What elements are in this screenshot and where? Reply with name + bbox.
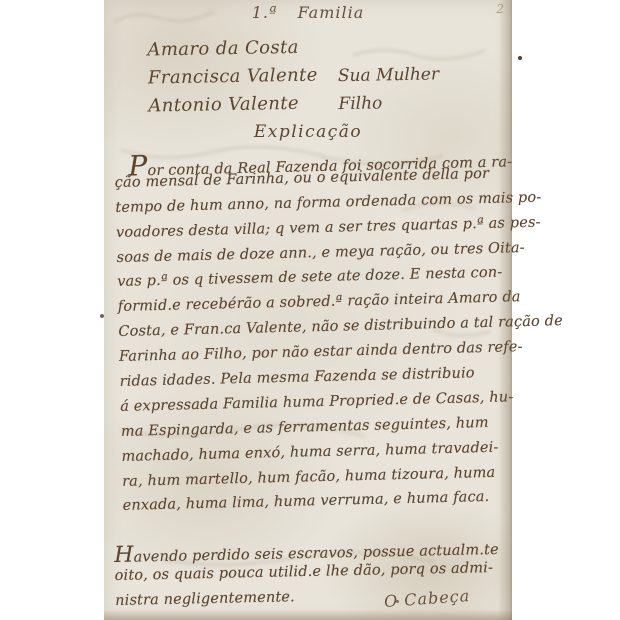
family-heading: 1.ª Familia xyxy=(104,3,512,22)
household-member: Amaro da Costa xyxy=(147,37,317,68)
page-number: 2 xyxy=(496,2,504,16)
household-member: Francisca Valente Sua Mulher xyxy=(148,65,318,96)
member-role: Filho xyxy=(338,93,382,114)
member-name: Francisca Valente xyxy=(148,65,318,89)
household-member: Antonio Valente Filho xyxy=(148,93,318,124)
section-heading: Explicação xyxy=(104,122,512,142)
household-list: Amaro da Costa Francisca Valente Sua Mul… xyxy=(147,37,318,124)
manuscript-page: 2 1.ª Familia Amaro da Costa Francisca V… xyxy=(104,0,512,620)
member-name: Antonio Valente xyxy=(148,93,299,117)
ink-speck xyxy=(100,314,104,318)
manuscript-scan: 2 1.ª Familia Amaro da Costa Francisca V… xyxy=(0,0,620,620)
explanation-paragraph: Por conta da Real Fazenda foi socorrida … xyxy=(114,140,515,523)
ink-speck xyxy=(518,56,522,60)
member-name: Amaro da Costa xyxy=(147,37,299,61)
member-role: Sua Mulher xyxy=(338,64,439,86)
ink-speck xyxy=(396,600,399,603)
